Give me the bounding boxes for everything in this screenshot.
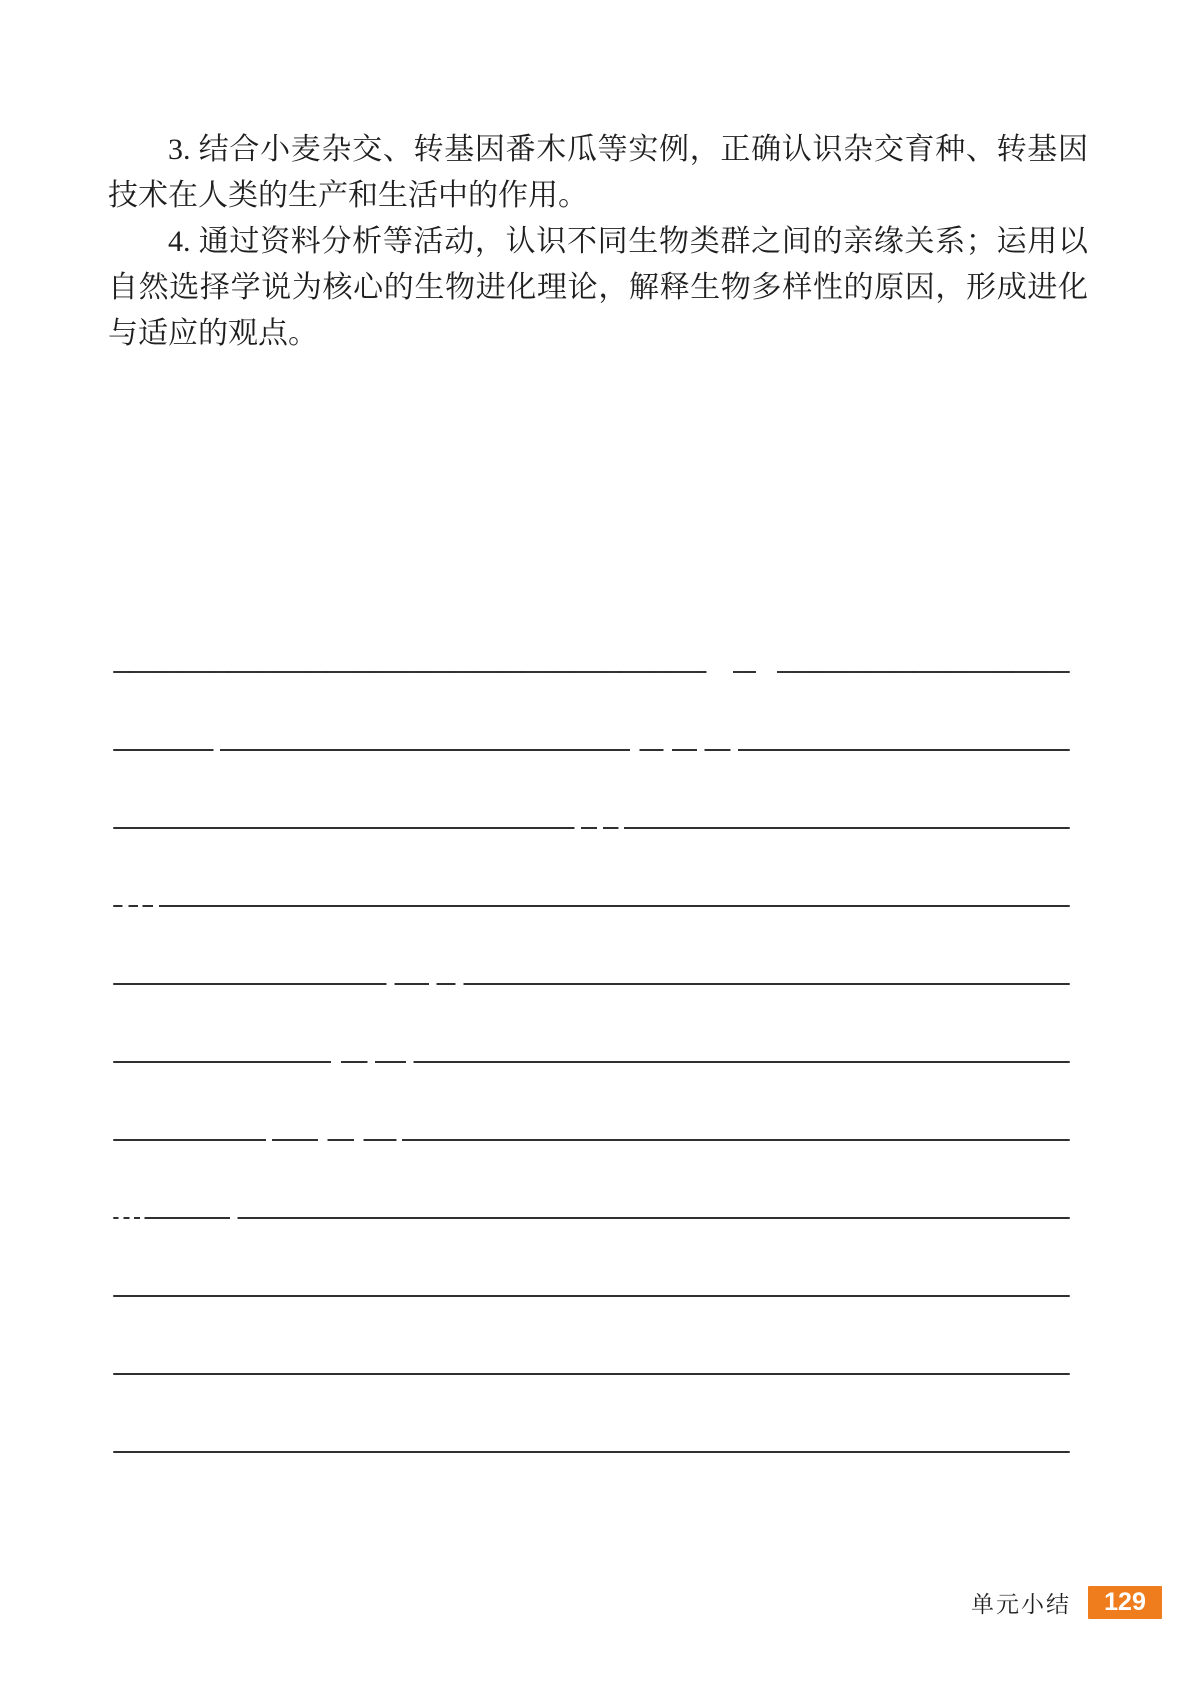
ruled-line — [113, 983, 1070, 985]
ruled-line — [113, 1217, 1070, 1219]
ruled-line — [113, 749, 1070, 751]
section-label: 单元小结 — [971, 1586, 1071, 1619]
textbook-page: 3. 结合小麦杂交、转基因番木瓜等实例，正确认识杂交育种、转基因技术在人类的生产… — [0, 0, 1190, 1682]
ruled-line — [113, 827, 1070, 829]
page-footer: 单元小结 129 — [971, 1586, 1162, 1619]
ruled-line — [113, 1295, 1070, 1297]
ruled-line — [113, 1061, 1070, 1063]
ruled-line — [113, 905, 1070, 907]
page-number-badge: 129 — [1088, 1586, 1162, 1619]
ruled-line — [113, 671, 1070, 673]
ruled-line — [113, 1451, 1070, 1453]
writing-lines-area — [0, 0, 1190, 1682]
ruled-line — [113, 1373, 1070, 1375]
ruled-line — [113, 1139, 1070, 1141]
